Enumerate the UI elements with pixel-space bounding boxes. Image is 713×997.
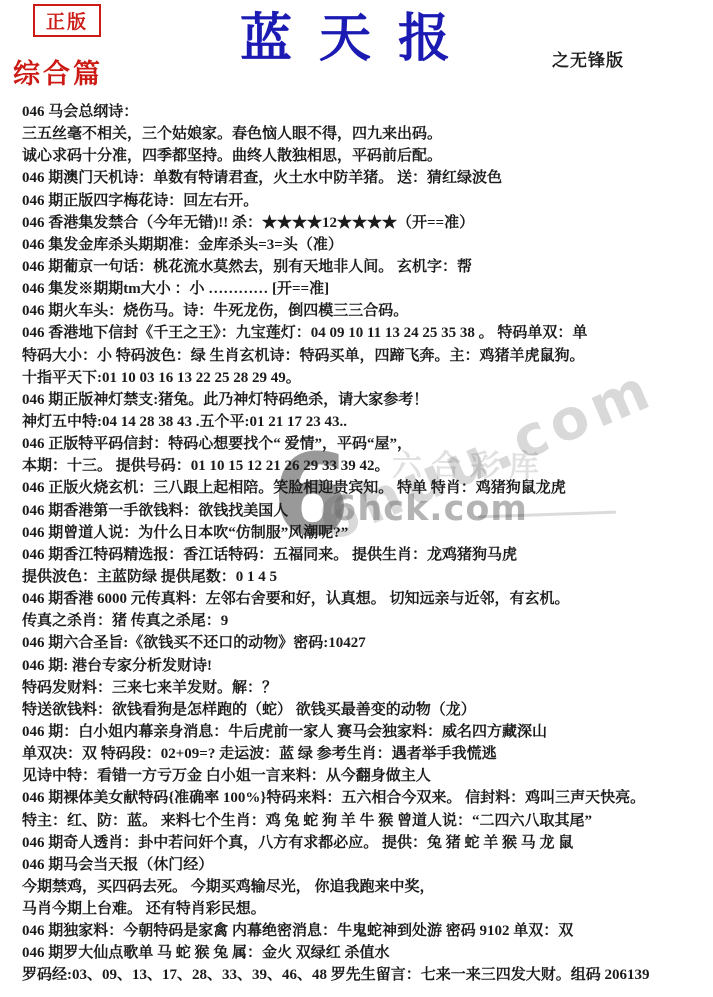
- text-line: 046 期裸体美女献特码{准确率 100%}特码来料：五六相合今双来。 信封料：…: [22, 787, 710, 809]
- text-line: 单双决：双 特码段：02+09=? 走运波：蓝 绿 参考生肖：遇者举手我慌逃: [22, 743, 710, 765]
- text-line: 罗码经:03、09、13、17、28、33、39、46、48 罗先生留言：七来一…: [22, 964, 710, 986]
- text-line: 046 期澳门天机诗：单数有特请君查，火土水中防羊猪。 送：猜红绿波色: [22, 167, 710, 189]
- text-line: 见诗中特：看错一方亏万金 白小姐一言来料：从今翻身做主人: [22, 765, 710, 787]
- text-line: 046 正版火烧玄机：三八跟上起相陪。笑脸相迎贵宾知。 特单 特肖：鸡猪狗鼠龙虎: [22, 477, 710, 499]
- edition-label: 之无锋版: [552, 46, 624, 71]
- authentic-badge: 正版: [33, 4, 101, 37]
- text-line: 046 期罗大仙点歌单 马 蛇 猴 兔 属：金火 双绿红 杀值水: [22, 942, 710, 964]
- text-line: 046 期葡京一句话：桃花流水莫然去，别有天地非人间。 玄机字：帮: [22, 256, 710, 278]
- text-line: 特码发财料：三来七来羊发财。解：？: [22, 677, 710, 699]
- text-line: 046 期曾道人说：为什么日本吹“仿制服”风潮呢?”: [22, 522, 710, 544]
- text-line: 046 期香港 6000 元传真料：左邻右舍要和好，认真想。 切知远亲与近邻，有…: [22, 588, 710, 610]
- text-line: 046 期正版神灯禁支:猪兔。此乃神灯特码绝杀，请大家参考！: [22, 389, 710, 411]
- text-line: 提供波色：主蓝防绿 提供尾数：0 1 4 5: [22, 566, 710, 588]
- text-line: 特主：红、防：蓝。 来料七个生肖：鸡 兔 蛇 狗 羊 牛 猴 曾道人说：“二四六…: [22, 810, 710, 832]
- text-line: 046 集发金库杀头期期准：金库杀头=3=头（准）: [22, 234, 710, 256]
- text-line: 本期：十三。 提供号码：01 10 15 12 21 26 29 33 39 4…: [22, 455, 710, 477]
- text-line: 046 香港集发禁合（今年无错)!! 杀：★★★★12★★★★（开==准）: [22, 212, 710, 234]
- text-line: 传真之杀肖：猪 传真之杀尾：9: [22, 610, 710, 632]
- text-line: 046 期：白小姐内幕亲身消息：牛后虎前一家人 赛马会独家料：威名四方藏深山: [22, 721, 710, 743]
- text-line: 046 集发※期期tm大小 ：小 ………… [开==准]: [22, 278, 710, 300]
- text-line: 046 期火车头：烧伤马。诗：牛死龙伤，倒四模三三合码。: [22, 300, 710, 322]
- text-line: 046 期: 港台专家分析发财诗!: [22, 655, 710, 677]
- text-line: 046 马会总纲诗：: [22, 101, 710, 123]
- text-line: 046 期香江特码精选报：香江话特码：五福同来。 提供生肖：龙鸡猪狗马虎: [22, 544, 710, 566]
- text-line: 046 期正版四字梅花诗：回左右开。: [22, 190, 710, 212]
- text-line: 046 期香港第一手欲钱料：欲钱找美国人: [22, 500, 710, 522]
- text-line: 十指平天下:01 10 03 16 13 22 25 28 29 49。: [22, 367, 710, 389]
- text-line: 三五丝毫不相关，三个姑娘家。春色恼人眼不得，四九来出码。: [22, 123, 710, 145]
- body-text: 046 马会总纲诗：三五丝毫不相关，三个姑娘家。春色恼人眼不得，四九来出码。诚心…: [22, 101, 710, 987]
- text-line: 046 香港地下信封《千王之王》：九宝莲灯：04 09 10 11 13 24 …: [22, 322, 710, 344]
- text-line: 今期禁鸡，买四码去死。 今期买鸡输尽光， 你追我跑来中奖，: [22, 876, 710, 898]
- text-line: 诚心求码十分准，四季都坚持。曲终人散独相思，平码前后配。: [22, 145, 710, 167]
- text-line: 046 正版特平码信封：特码心想要找个“ 爱情”，平码“屋”，: [22, 433, 710, 455]
- lottery-report-page: 6huu.com 6 六合彩库 6hck.com 正版 蓝天报 之无锋版 综合篇…: [0, 0, 713, 997]
- text-line: 特送欲钱料：欲钱看狗是怎样跑的（蛇） 欲钱买最善变的动物（龙）: [22, 699, 710, 721]
- text-line: 046 期奇人透肖：卦中若问奸个真，八方有求都必应。 提供：兔 猪 蛇 羊 猴 …: [22, 832, 710, 854]
- text-line: 046 期独家料：今朝特码是家禽 内幕绝密消息：牛鬼蛇神到处游 密码 9102 …: [22, 920, 710, 942]
- text-line: 046 期六合圣旨:《欲钱买不还口的动物》密码:10427: [22, 632, 710, 654]
- text-line: 046 期马会当天报（休门经）: [22, 854, 710, 876]
- page-title: 蓝天报: [240, 0, 477, 71]
- text-line: 神灯五中特:04 14 28 38 43 .五个平:01 21 17 23 43…: [22, 411, 710, 433]
- text-line: 特码大小：小 特码波色：绿 生肖玄机诗：特码买单，四蹄飞奔。主：鸡猪羊虎鼠狗。: [22, 345, 710, 367]
- text-line: 马肖今期上台难。 还有特肖彩民想。: [22, 898, 710, 920]
- section-title: 综合篇: [13, 52, 103, 91]
